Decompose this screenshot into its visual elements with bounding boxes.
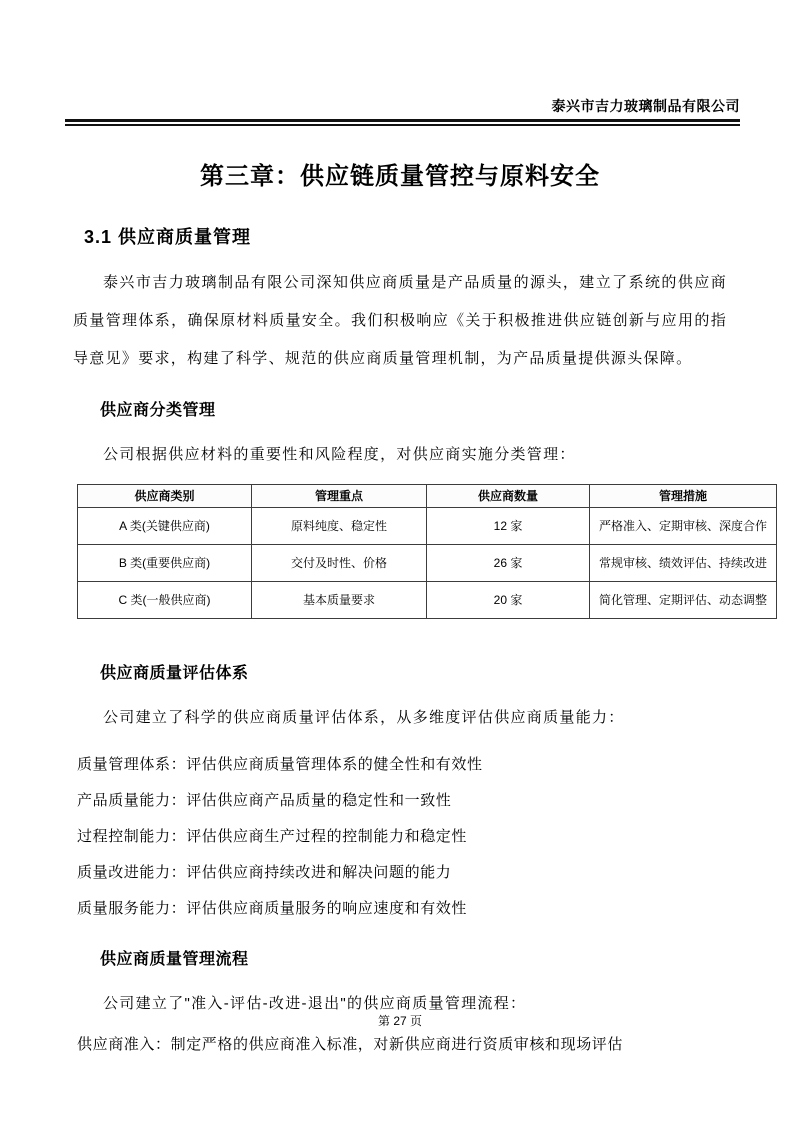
evaluation-item: 质量管理体系：评估供应商质量管理体系的健全性和有效性: [77, 747, 727, 783]
table-cell: 严格准入、定期审核、深度合作: [590, 508, 777, 545]
table-cell: 原料纯度、稳定性: [252, 508, 427, 545]
table-cell: 简化管理、定期评估、动态调整: [590, 582, 777, 619]
table-row: A 类(关键供应商) 原料纯度、稳定性 12 家 严格准入、定期审核、深度合作: [78, 508, 777, 545]
table-cell: 20 家: [427, 582, 590, 619]
table-cell: B 类(重要供应商): [78, 545, 252, 582]
page-content: 第三章：供应链质量管控与原料安全 3.1 供应商质量管理 泰兴市吉力玻璃制品有限…: [73, 160, 727, 1063]
table-header-supplier-count: 供应商数量: [427, 485, 590, 508]
supplier-classification-table: 供应商类别 管理重点 供应商数量 管理措施 A 类(关键供应商) 原料纯度、稳定…: [77, 484, 777, 619]
table-header-management-focus: 管理重点: [252, 485, 427, 508]
table-body: A 类(关键供应商) 原料纯度、稳定性 12 家 严格准入、定期审核、深度合作 …: [78, 508, 777, 619]
table-header-row: 供应商类别 管理重点 供应商数量 管理措施: [78, 485, 777, 508]
evaluation-item: 过程控制能力：评估供应商生产过程的控制能力和稳定性: [77, 819, 727, 855]
company-name: 泰兴市吉力玻璃制品有限公司: [65, 98, 740, 115]
process-first-step: 供应商准入：制定严格的供应商准入标准，对新供应商进行资质审核和现场评估: [77, 1027, 727, 1063]
table-row: C 类(一般供应商) 基本质量要求 20 家 简化管理、定期评估、动态调整: [78, 582, 777, 619]
evaluation-heading: 供应商质量评估体系: [100, 663, 727, 685]
header-rule: [65, 119, 740, 126]
table-head: 供应商类别 管理重点 供应商数量 管理措施: [78, 485, 777, 508]
process-heading: 供应商质量管理流程: [100, 949, 727, 971]
table-cell: 常规审核、绩效评估、持续改进: [590, 545, 777, 582]
section-3-1-heading: 3.1 供应商质量管理: [84, 224, 727, 250]
table-cell: C 类(一般供应商): [78, 582, 252, 619]
evaluation-item: 产品质量能力：评估供应商产品质量的稳定性和一致性: [77, 783, 727, 819]
page-number: 第 27 页: [0, 1012, 800, 1030]
table-header-supplier-category: 供应商类别: [78, 485, 252, 508]
classification-heading: 供应商分类管理: [100, 400, 727, 422]
classification-intro: 公司根据供应材料的重要性和风险程度，对供应商实施分类管理：: [73, 440, 727, 470]
page-header: 泰兴市吉力玻璃制品有限公司: [65, 98, 740, 126]
table-cell: 26 家: [427, 545, 590, 582]
table-row: B 类(重要供应商) 交付及时性、价格 26 家 常规审核、绩效评估、持续改进: [78, 545, 777, 582]
evaluation-intro: 公司建立了科学的供应商质量评估体系，从多维度评估供应商质量能力：: [73, 703, 727, 733]
evaluation-item: 质量改进能力：评估供应商持续改进和解决问题的能力: [77, 855, 727, 891]
table-cell: 交付及时性、价格: [252, 545, 427, 582]
section-3-1-intro: 泰兴市吉力玻璃制品有限公司深知供应商质量是产品质量的源头，建立了系统的供应商质量…: [73, 264, 727, 378]
evaluation-list: 质量管理体系：评估供应商质量管理体系的健全性和有效性 产品质量能力：评估供应商产…: [77, 747, 727, 927]
table-cell: A 类(关键供应商): [78, 508, 252, 545]
evaluation-item: 质量服务能力：评估供应商质量服务的响应速度和有效性: [77, 891, 727, 927]
document-page: 泰兴市吉力玻璃制品有限公司 第三章：供应链质量管控与原料安全 3.1 供应商质量…: [0, 0, 800, 1131]
table-cell: 12 家: [427, 508, 590, 545]
table-cell: 基本质量要求: [252, 582, 427, 619]
table-header-management-measures: 管理措施: [590, 485, 777, 508]
chapter-title: 第三章：供应链质量管控与原料安全: [73, 160, 727, 194]
